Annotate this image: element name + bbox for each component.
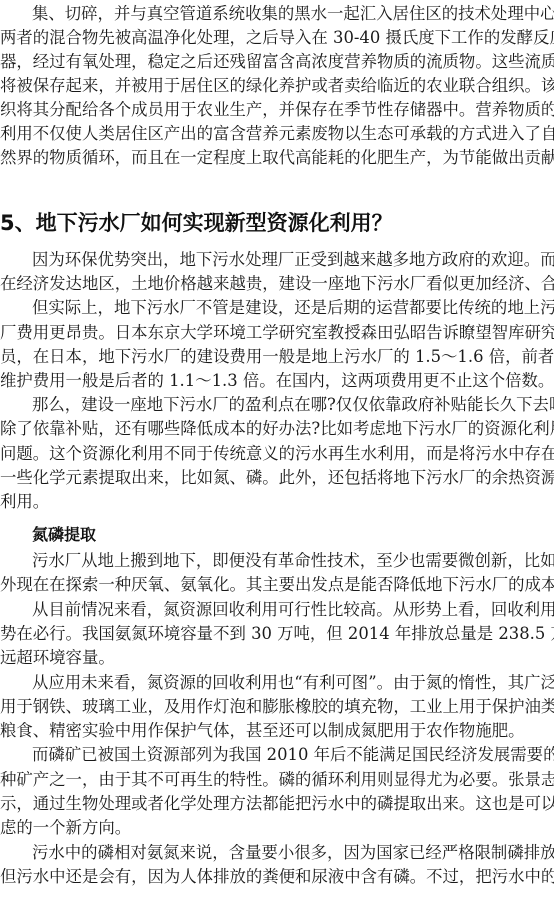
- text-line: 但实际上，地下污水厂不管是建设，还是后期的运营都要比传统的地上污水: [0, 298, 554, 318]
- text-line: 那么，建设一座地下污水厂的盈利点在哪?仅仅依靠政府补贴能长久下去吗?: [0, 395, 554, 415]
- text-line: 集、切碎，并与真空管道系统收集的黑水一起汇入居住区的技术处理中心。: [0, 4, 554, 24]
- text-line: 器，经过有氧处理，稳定之后还残留富含高浓度营养物质的流质物。这些流质物: [0, 52, 554, 72]
- text-line: 除了依靠补贴，还有哪些降低成本的好办法?比如考虑地下污水厂的资源化利用: [0, 419, 554, 439]
- text-line: 维护费用一般是后者的 1.1～1.3 倍。在国内，这两项费用更不止这个倍数。: [0, 371, 554, 391]
- text-line: 两者的混合物先被高温净化处理，之后导入在 30-40 摄氏度下工作的发酵反应: [0, 28, 554, 48]
- text-line: 污水中的磷相对氨氮来说，含量要小很多，因为国家已经严格限制磷排放。: [0, 843, 554, 863]
- text-line: 但污水中还是会有，因为人体排放的粪便和尿液中含有磷。不过，把污水中的磷: [0, 867, 554, 887]
- subheading-nitrogen-phosphorus: 氮磷提取: [32, 525, 96, 545]
- text-line: 然界的物质循环，而且在一定程度上取代高能耗的化肥生产，为节能做出贡献。: [0, 148, 554, 168]
- text-line: 用于钢铁、玻璃工业，及用作灯泡和膨胀橡胶的填充物，工业上用于保护油类、: [0, 697, 554, 717]
- text-line: 而磷矿已被国土资源部列为我国 2010 年后不能满足国民经济发展需要的 20: [0, 745, 554, 765]
- text-line: 将被保存起来，并被用于居住区的绿化养护或者卖给临近的农业联合组织。该组: [0, 76, 554, 96]
- text-line: 虑的一个新方向。: [0, 818, 554, 838]
- text-line: 利用。: [0, 492, 554, 512]
- section-heading: 5、地下污水厂如何实现新型资源化利用？: [0, 210, 393, 236]
- text-line: 远超环境容量。: [0, 648, 554, 668]
- text-line: 织将其分配给各个成员用于农业生产，并保存在季节性存储器中。营养物质的再: [0, 100, 554, 120]
- text-line: 利用不仅使人类居住区产出的富含营养元素废物以生态可承载的方式进入了自: [0, 124, 554, 144]
- text-line: 种矿产之一，由于其不可再生的特性。磷的循环利用则显得尤为必要。张景志表: [0, 770, 554, 790]
- text-line: 问题。这个资源化利用不同于传统意义的污水再生水利用，而是将污水中存在的: [0, 444, 554, 464]
- text-line: 员，在日本，地下污水厂的建设费用一般是地上污水厂的 1.5～1.6 倍，前者的: [0, 347, 554, 367]
- text-line: 从目前情况来看，氮资源回收利用可行性比较高。从形势上看，回收利用氮: [0, 600, 554, 620]
- text-line: 厂费用更昂贵。日本东京大学环境工学研究室教授森田弘昭告诉瞭望智库研究: [0, 323, 554, 343]
- text-line: 粮食、精密实验中用作保护气体，甚至还可以制成氮肥用于农作物施肥。: [0, 721, 554, 741]
- text-line: 一些化学元素提取出来，比如氮、磷。此外，还包括将地下污水厂的余热资源化: [0, 468, 554, 488]
- text-line: 外现在在探索一种厌氧、氨氧化。其主要出发点是能否降低地下污水厂的成本。: [0, 575, 554, 595]
- text-line: 从应用未来看，氮资源的回收利用也“有利可图”。由于氮的惰性，其广泛: [0, 673, 554, 693]
- text-line: 示，通过生物处理或者化学处理方法都能把污水中的磷提取出来。这也是可以考: [0, 794, 554, 814]
- text-line: 污水厂从地上搬到地下，即便没有革命性技术，至少也需要微创新，比如国: [0, 551, 554, 571]
- text-line: 在经济发达地区，土地价格越来越贵，建设一座地下污水厂看似更加经济、合理。: [0, 274, 554, 294]
- text-line: 因为环保优势突出，地下污水处理厂正受到越来越多地方政府的欢迎。而且，: [0, 250, 554, 270]
- text-line: 势在必行。我国氨氮环境容量不到 30 万吨，但 2014 年排放总量是 238.…: [0, 624, 554, 644]
